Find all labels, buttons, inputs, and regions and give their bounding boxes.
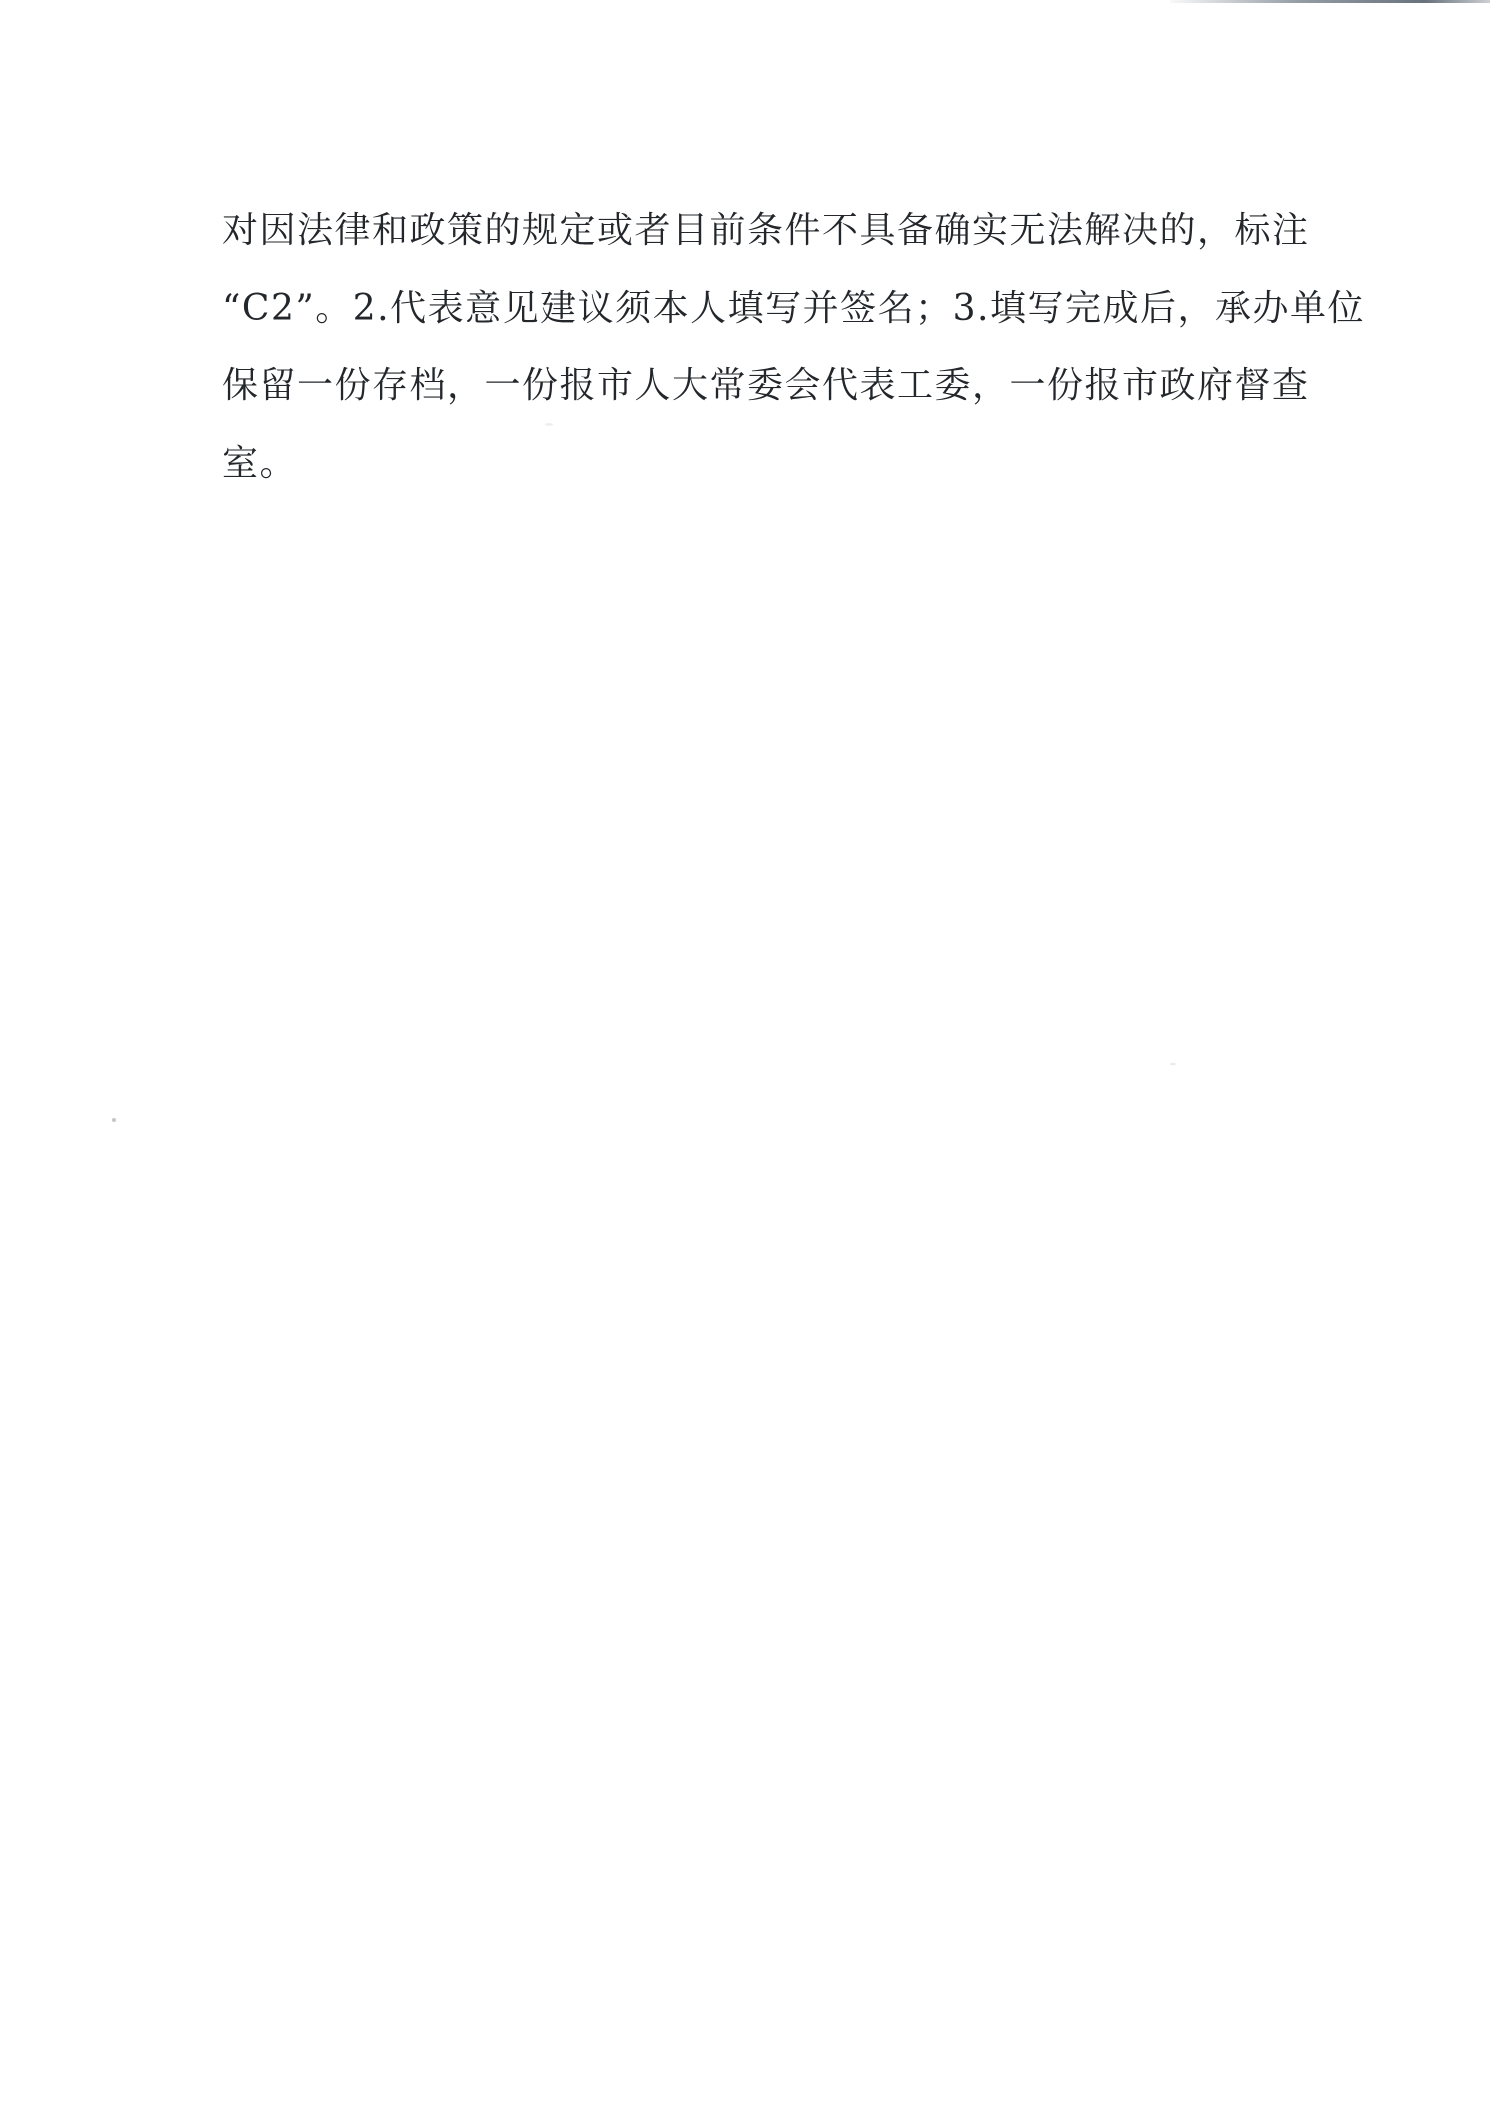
scan-speck	[1170, 1063, 1176, 1065]
text-line-1: 对因法律和政策的规定或者目前条件不具备确实无法解决的，标注	[222, 205, 1262, 283]
scan-speck	[112, 1118, 116, 1122]
scan-speck	[545, 423, 553, 426]
text-line-2: “C2”。2.代表意见建议须本人填写并签名；3.填写完成后，承办单位	[222, 283, 1262, 361]
text-line-4: 室。	[222, 438, 1262, 516]
scan-edge-mark	[1170, 0, 1490, 3]
text-line-3: 保留一份存档，一份报市人大常委会代表工委，一份报市政府督查	[222, 360, 1262, 438]
document-body: 对因法律和政策的规定或者目前条件不具备确实无法解决的，标注 “C2”。2.代表意…	[222, 205, 1262, 515]
